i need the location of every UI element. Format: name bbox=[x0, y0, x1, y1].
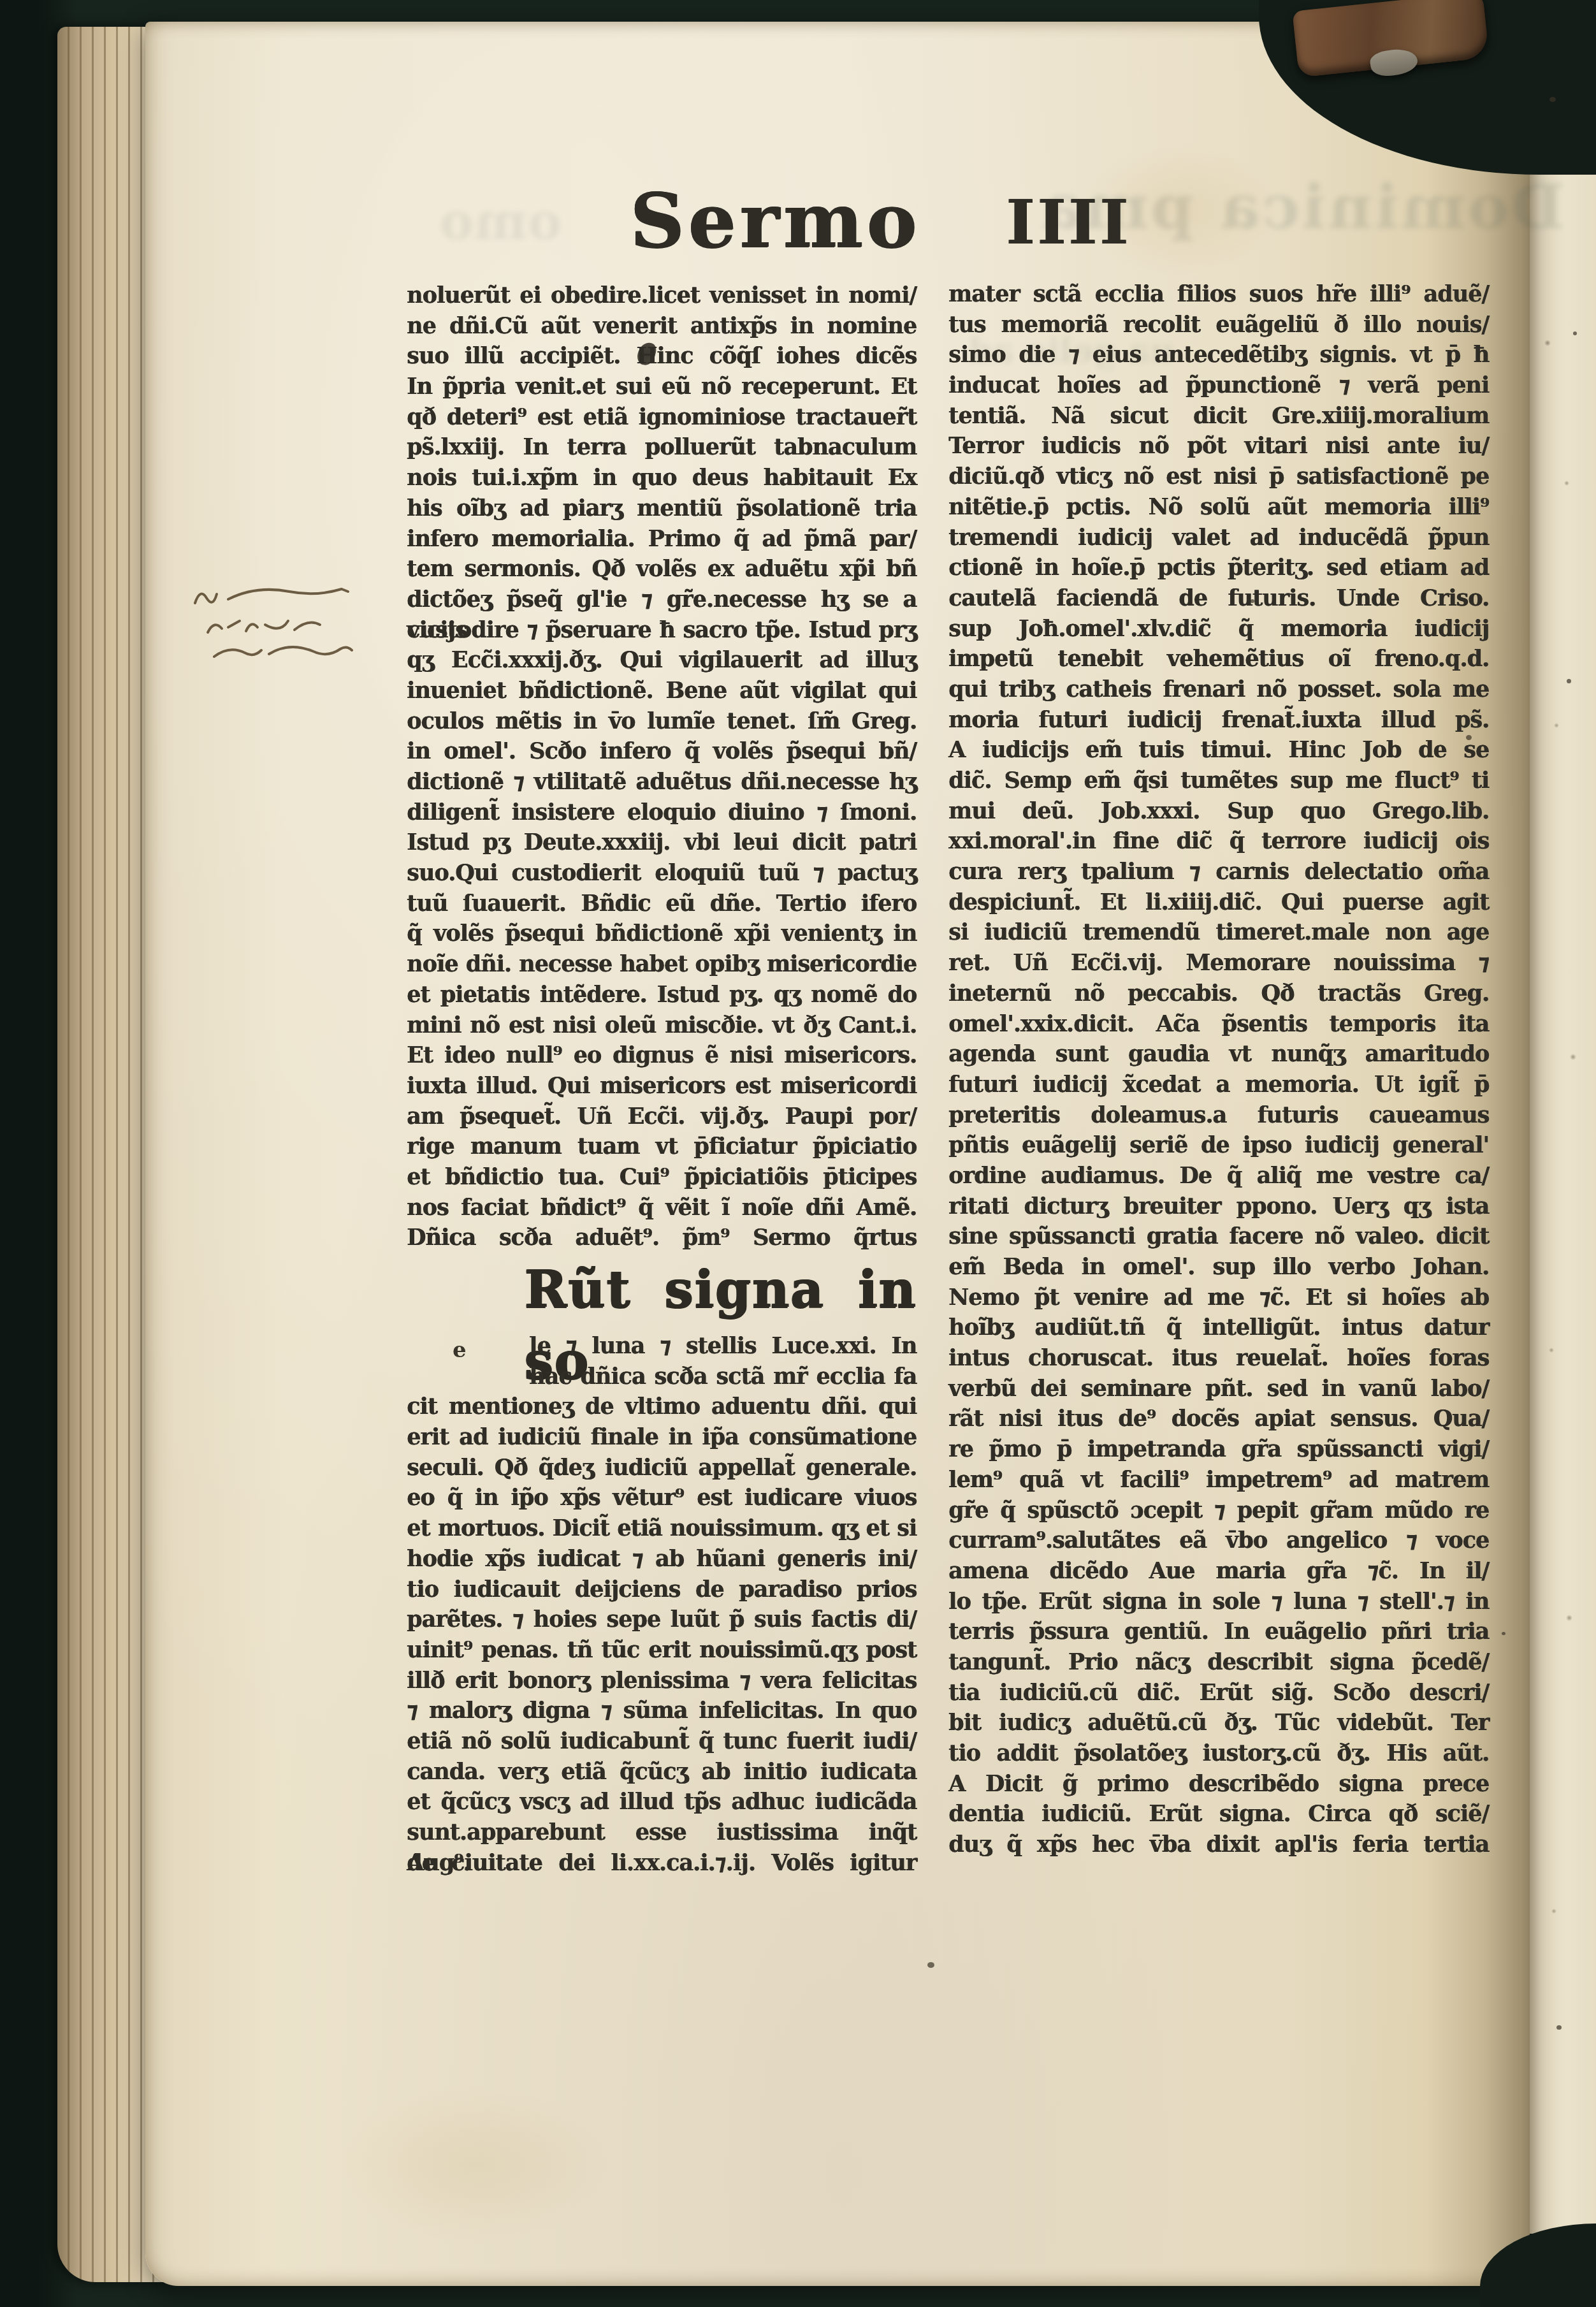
text-line: dic̃. Semp em̃ q̃si tumẽtes sup me fluct… bbox=[948, 766, 1489, 796]
text-line: suo.Qui custodierit eloquiũ tuũ ⁊ pactuʒ bbox=[407, 858, 917, 889]
text-line: intus choruscat. itus reuelat̃. hoĩes fo… bbox=[948, 1343, 1489, 1374]
text-line: ordine audiamus. De q̃ aliq̃ me vestre c… bbox=[948, 1161, 1489, 1191]
text-line: mater sctã ecclia filios suos hr̃e illi⁹… bbox=[948, 279, 1489, 310]
text-line: bit iudicʒ aduẽtũ.cũ ðʒ. Tũc videbũt. Te… bbox=[948, 1708, 1489, 1738]
text-line: lem⁹ quã vt facili⁹ impetrem⁹ ad matrem bbox=[948, 1465, 1489, 1496]
text-line: A Dicit g̃ primo describẽdo signa prece bbox=[948, 1769, 1489, 1800]
text-line: noĩe dñi. necesse habet opibʒ misericord… bbox=[407, 949, 917, 980]
text-line: tentiã. Nã sicut dicit Gre.xiiij.moraliu… bbox=[948, 401, 1489, 432]
text-column-right: mater sctã ecclia filios suos hr̃e illi⁹… bbox=[948, 279, 1489, 1860]
text-line: lo tp̃e. Erũt signa in sole ⁊ luna ⁊ ste… bbox=[948, 1587, 1489, 1617]
text-line: si iudiciũ tremendũ timeret.male non age bbox=[948, 917, 1489, 948]
text-line: moria futuri iudicij frenat̃.iuxta illud… bbox=[948, 705, 1489, 736]
text-line: inducat hoĩes ad p̃punctionẽ ⁊ verã peni bbox=[948, 370, 1489, 401]
text-line: tem sermonis. Qð volẽs ex aduẽtu xp̃i bñ bbox=[407, 554, 917, 585]
text-line: Et ideo null⁹ eo dignus ẽ nisi misericor… bbox=[407, 1040, 917, 1071]
text-line: ctionẽ in hoĩe.p̄ pctis p̃teritʒ. sed et… bbox=[948, 553, 1489, 583]
text-line: tuũ ſuauerit. Bñdic eũ dñe. Tertio ifero bbox=[407, 889, 917, 919]
text-line: despiciunt̃. Et li.xiiij.dic̃. Qui puers… bbox=[948, 887, 1489, 918]
text-line: xxi.moral'.in fine dic̃ q̃ terrore iudic… bbox=[948, 826, 1489, 857]
text-line: suo illũ accipiẽt. Hinc cõq̃ſ iohes dicẽ… bbox=[407, 341, 917, 372]
paper-speck bbox=[1549, 97, 1556, 102]
text-line: ⁊ malorʒ digna ⁊ sũma infelicitas. In qu… bbox=[407, 1696, 917, 1726]
text-line: dictõeʒ p̃seq̃ gl'ie ⁊ gr̃e.necesse hʒ s… bbox=[407, 585, 917, 615]
text-line: A iudicijs em̃ tuis timui. Hinc Job de s… bbox=[948, 735, 1489, 766]
text-line: em̃ Beda in omel'. sup illo verbo Johan. bbox=[948, 1252, 1489, 1283]
text-line: tio addit p̃solatõeʒ iustorʒ.cũ ðʒ. His … bbox=[948, 1738, 1489, 1769]
text-line: nitẽtie.p̄ pctis. Nõ solũ aũt memoria il… bbox=[948, 492, 1489, 523]
text-line: sine spũssancti gratia facere nõ valeo. … bbox=[948, 1221, 1489, 1252]
text-line: erit ad iudiciũ finale in ip̃a consũmati… bbox=[407, 1422, 917, 1453]
column-section-indented: e le ⁊ luna ⁊ stellis Luce.xxi. Inhac dñ… bbox=[407, 1331, 917, 1392]
text-line: et pietatis intẽdere. Istud pʒ. qʒ nomẽ … bbox=[407, 980, 917, 1010]
marginalia-handwriting bbox=[186, 581, 416, 677]
guide-letter: e bbox=[453, 1337, 467, 1363]
text-line: diligent̃ insistere eloquio diuino ⁊ ſmo… bbox=[407, 797, 917, 828]
section-heading: Rũt signa in so bbox=[407, 1253, 917, 1331]
text-line: Dñica scða aduẽt⁹. p̃m⁹ Sermo q̃rtus bbox=[407, 1223, 917, 1253]
text-line: hoĩbʒ audiũt.tñ q̃ intelligũt. intus dat… bbox=[948, 1313, 1489, 1343]
text-line: dictionẽ ⁊ vtilitatẽ aduẽtus dñi.necesse… bbox=[407, 767, 917, 797]
text-line: eo q̃ in ip̃o xp̃s vẽtur⁹ est iudicare v… bbox=[407, 1483, 917, 1513]
paper-speck bbox=[1502, 1632, 1505, 1635]
next-page-fore-edge bbox=[1528, 152, 1596, 2234]
text-line: curram⁹.salutãtes eã v̄bo angelico ⁊ voc… bbox=[948, 1525, 1489, 1556]
text-line: verbũ dei seminare pñt. sed in vanũ labo… bbox=[948, 1374, 1489, 1404]
text-line: parẽtes. ⁊ hoies sepe luũt p̃ suis facti… bbox=[407, 1605, 917, 1635]
text-line: duʒ q̃ xp̃s hec v̄ba dixit apl'is feria … bbox=[948, 1830, 1489, 1860]
text-line: noluerũt ei obedire.licet venisset in no… bbox=[407, 280, 917, 311]
text-line: illð erit bonorʒ plenissima ⁊ vera felic… bbox=[407, 1666, 917, 1696]
text-line: inueniet bñdictionẽ. Bene aũt vigilat qu… bbox=[407, 676, 917, 706]
text-line: his oĩbʒ ad piarʒ mentiũ p̃solationẽ tri… bbox=[407, 493, 917, 524]
text-line: diciũ.qð vticʒ nõ est nisi p̄ satisfacti… bbox=[948, 462, 1489, 492]
text-line: impetũ tenebit vehemẽtius oĩ freno.q.d. bbox=[948, 644, 1489, 674]
text-line: simo die ⁊ eius antecedẽtibʒ signis. vt … bbox=[948, 340, 1489, 370]
column-section: noluerũt ei obedire.licet venisset in no… bbox=[407, 280, 917, 1253]
paper-speck bbox=[927, 1962, 934, 1968]
text-line: ps̃.lxxiij. In terra polluerũt tabnaculu… bbox=[407, 432, 917, 463]
text-line: pñtis euãgelij seriẽ de ipso iudicij gen… bbox=[948, 1130, 1489, 1161]
text-line: oculos mẽtis in v̄o lumĩe tenet. ſm̃ Gre… bbox=[407, 706, 917, 737]
text-line: nois tui.i.xp̃m in quo deus habitauit Ex bbox=[407, 463, 917, 493]
text-line: rãt nisi itus de⁹ docẽs apiat sensus. Qu… bbox=[948, 1404, 1489, 1434]
text-line: tus memoriã recolit euãgeliũ ð illo noui… bbox=[948, 310, 1489, 340]
text-line: terris p̃ssura gentiũ. In euãgelio pñri … bbox=[948, 1617, 1489, 1647]
text-line: dentia iudiciũ. Erũt signa. Circa qð sci… bbox=[948, 1799, 1489, 1830]
text-line: tangunt̃. Prio nãcʒ describit signa p̃ce… bbox=[948, 1647, 1489, 1678]
photograph-of-incunabulum-page: { "page": { "header": { "title": "Sermo"… bbox=[0, 0, 1596, 2307]
folio-number: IIII bbox=[1006, 186, 1131, 258]
text-line: In p̃pria venit.et sui eũ nõ receperunt.… bbox=[407, 372, 917, 402]
paper-speck bbox=[1573, 331, 1577, 335]
text-line: et bñdictio tua. Cui⁹ p̃piciatiõis p̄tic… bbox=[407, 1162, 917, 1193]
text-line: Istud pʒ Deute.xxxiij. vbi leui dicit pa… bbox=[407, 827, 917, 858]
text-line: uinit⁹ penas. tñ tũc erit nouissimũ.qʒ p… bbox=[407, 1635, 917, 1666]
text-column-left: noluerũt ei obedire.licet venisset in no… bbox=[407, 280, 917, 1878]
text-line: de ciuitate dei li.xx.ca.i.⁊.ij. Volẽs i… bbox=[407, 1848, 917, 1879]
text-line: preteritis doleamus.a futuris caueamus bbox=[948, 1100, 1489, 1131]
text-line: qð deteri⁹ est etiã ignominiose tractaue… bbox=[407, 402, 917, 433]
text-line: ineternũ nõ peccabis. Qð tractãs Greg. bbox=[948, 979, 1489, 1009]
paper-speck bbox=[1556, 2025, 1562, 2030]
text-line: le ⁊ luna ⁊ stellis Luce.xxi. In bbox=[407, 1331, 917, 1362]
text-line: Terror iudicis nõ põt vitari nisi ante i… bbox=[948, 431, 1489, 462]
text-line: mini nõ est nisi oleũ miscðie. vt ðʒ Can… bbox=[407, 1010, 917, 1041]
text-line: ritati dicturʒ breuiter ppono. Uerʒ qʒ i… bbox=[948, 1191, 1489, 1222]
column-section: cit mentioneʒ de vltimo aduentu dñi. qui… bbox=[407, 1392, 917, 1878]
text-line: am p̃sequet̃. Uñ Ecc̃i. vij.ðʒ. Paupi po… bbox=[407, 1102, 917, 1132]
text-line: canda. verʒ etiã q̃cũcʒ ab initio iudica… bbox=[407, 1757, 917, 1787]
text-line: in omel'. Scðo infero q̃ volẽs p̃sequi b… bbox=[407, 736, 917, 767]
text-line: custodire ⁊ p̃seruare ħ sacro tp̃e. Istu… bbox=[407, 615, 917, 646]
text-line: ret. Uñ Ecc̃i.vij. Memorare nouissima ⁊ bbox=[948, 948, 1489, 979]
text-line: Nemo p̃t venire ad me ⁊c̃. Et si hoĩes a… bbox=[948, 1283, 1489, 1313]
text-line: qui tribʒ catheis frenari nõ posset. sol… bbox=[948, 674, 1489, 705]
text-line: cura rerʒ tpalium ⁊ carnis delectatio om… bbox=[948, 857, 1489, 887]
text-line: iuxta illud. Qui misericors est miserico… bbox=[407, 1071, 917, 1102]
text-line: rige manum tuam vt p̄ficiatur p̃piciatio bbox=[407, 1132, 917, 1162]
text-line: et q̃cũcʒ vscʒ ad illud tp̃s adhuc iudic… bbox=[407, 1787, 917, 1817]
text-line: seculi. Qð q̃deʒ iudiciũ appellat̃ gener… bbox=[407, 1453, 917, 1483]
text-line: amena dicẽdo Aue maria gr̃a ⁊c̃. In il/ bbox=[948, 1556, 1489, 1587]
text-line: infero memorialia. Primo q̃ ad p̃mã par/ bbox=[407, 524, 917, 555]
paper-speck bbox=[1567, 679, 1571, 683]
text-line: q̃ volẽs p̃sequi bñdictionẽ xp̃i venient… bbox=[407, 919, 917, 949]
text-line: qʒ Ecc̃i.xxxij.ðʒ. Qui vigilauerit ad il… bbox=[407, 645, 917, 676]
text-line: cautelã faciendã de futuris. Unde Criso. bbox=[948, 583, 1489, 614]
text-line: nos faciat bñdict⁹ q̃ vẽit ĩ noĩe dñi Am… bbox=[407, 1193, 917, 1223]
text-line: agenda sunt gaudia vt nunq̃ʒ amaritudo bbox=[948, 1039, 1489, 1070]
text-line: hodie xp̃s iudicat ⁊ ab hũani generis in… bbox=[407, 1544, 917, 1575]
text-line: sunt.apparebunt esse iustissima inq̃t Au… bbox=[407, 1817, 917, 1848]
text-line: tio iudicauit deijciens de paradiso prio… bbox=[407, 1575, 917, 1605]
text-line: etiã nõ solũ iudicabunt̃ q̃ tunc fuerit … bbox=[407, 1726, 917, 1757]
text-line: hac dñica scða sctã mr̃ ecclia fa bbox=[407, 1362, 917, 1392]
text-line: cit mentioneʒ de vltimo aduentu dñi. qui bbox=[407, 1392, 917, 1422]
text-line: gr̃e q̃ spũsctõ ɔcepit ⁊ pepit gr̃am mũd… bbox=[948, 1496, 1489, 1526]
text-line: et mortuos. Dicit̃ etiã nouissimum. qʒ e… bbox=[407, 1513, 917, 1544]
running-title: Sermo bbox=[630, 176, 920, 265]
text-line: omel'.xxix.dicit. Ac̃a p̃sentis temporis… bbox=[948, 1009, 1489, 1040]
text-line: ne dñi.Cũ aũt venerit antixp̃s in nomine bbox=[407, 311, 917, 342]
text-line: sup Joħ.omel'.xlv.dic̃ q̃ memoria iudici… bbox=[948, 614, 1489, 644]
text-line: mui deũ. Job.xxxi. Sup quo Grego.lib. bbox=[948, 796, 1489, 827]
text-line: tremendi iudicij valet ad inducẽdã p̃pun bbox=[948, 523, 1489, 553]
text-line: futuri iudicij x̃cedat a memoria. Ut igi… bbox=[948, 1070, 1489, 1100]
text-line: re p̃mo p̄ impetranda gr̃a spũssancti vi… bbox=[948, 1434, 1489, 1465]
text-line: tia iudiciũ.cũ dic̃. Erũt sig̃. Scðo des… bbox=[948, 1678, 1489, 1708]
